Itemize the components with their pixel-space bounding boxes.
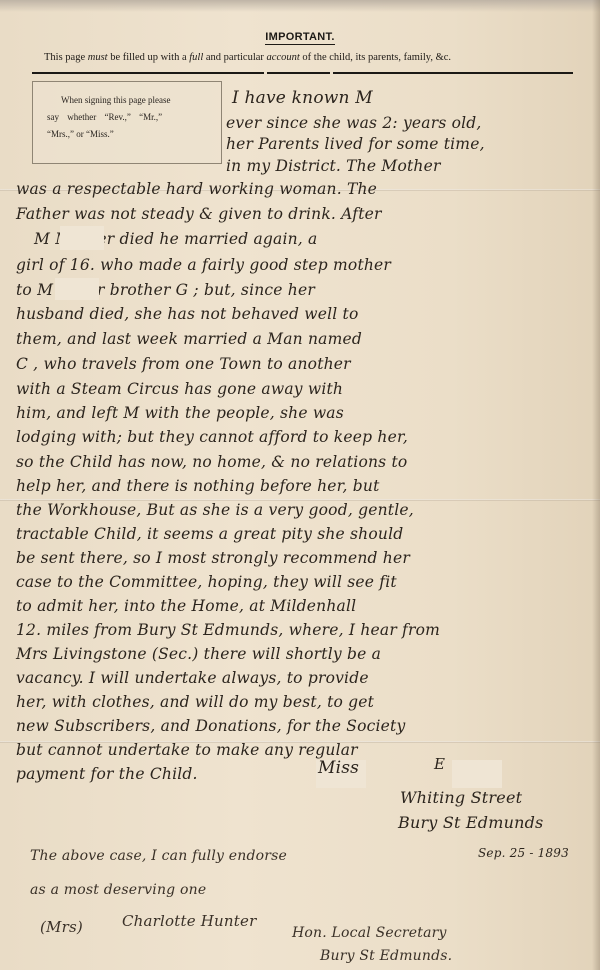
handwritten-line: C , who travels from one Town to another bbox=[16, 355, 351, 373]
handwritten-line: payment for the Child. bbox=[16, 765, 198, 783]
header-rule bbox=[32, 72, 264, 74]
signature-initial: E bbox=[434, 755, 445, 773]
instruction-text: This page bbox=[44, 52, 88, 63]
printed-title: IMPORTANT. bbox=[0, 31, 600, 43]
handwritten-line: 12. miles from Bury St Edmunds, where, I… bbox=[16, 621, 440, 639]
handwritten-line: the Workhouse, But as she is a very good… bbox=[16, 501, 414, 519]
signing-box-line: “Mrs.,” or “Miss.” bbox=[47, 126, 213, 143]
endorser-name: Charlotte Hunter bbox=[122, 912, 256, 930]
handwritten-line: I have known M bbox=[232, 88, 373, 108]
handwritten-line: help her, and there is nothing before he… bbox=[16, 477, 380, 495]
handwritten-line: girl of 16. who made a fairly good step … bbox=[16, 256, 391, 274]
printed-instruction: This page must be filled up with a full … bbox=[44, 52, 564, 63]
handwritten-line: Mrs Livingstone (Sec.) there will shortl… bbox=[16, 645, 381, 663]
signature-title: Miss bbox=[318, 758, 359, 778]
signing-box-line: When signing this page please bbox=[47, 92, 213, 109]
redacted-name bbox=[60, 226, 104, 250]
redacted-name bbox=[452, 760, 502, 788]
handwritten-line: was a respectable hard working woman. Th… bbox=[16, 180, 377, 198]
handwritten-line: be sent there, so I most strongly recomm… bbox=[16, 549, 410, 567]
handwritten-line: lodging with; but they cannot afford to … bbox=[16, 428, 408, 446]
signature-date: Sep. 25 - 1893 bbox=[478, 846, 569, 860]
handwritten-line: so the Child has now, no home, & no rela… bbox=[16, 453, 407, 471]
instruction-text: of the child, its parents, family, &c. bbox=[300, 52, 451, 63]
header-rule bbox=[333, 72, 573, 74]
title-text: IMPORTANT. bbox=[265, 31, 334, 45]
handwritten-line: new Subscribers, and Donations, for the … bbox=[16, 717, 405, 735]
redacted-name bbox=[55, 278, 99, 300]
header-rule bbox=[267, 72, 330, 74]
handwritten-line: with a Steam Circus has gone away with bbox=[16, 380, 343, 398]
handwritten-line: Father was not steady & given to drink. … bbox=[16, 205, 382, 223]
endorser-role: Hon. Local Secretary bbox=[292, 925, 447, 941]
handwritten-line: her, with clothes, and will do my best, … bbox=[16, 693, 374, 711]
handwritten-line: him, and left M with the people, she was bbox=[16, 404, 344, 422]
instruction-text: and particular bbox=[203, 52, 266, 63]
endorser-place: Bury St Edmunds. bbox=[320, 948, 452, 964]
handwritten-line: tractable Child, it seems a great pity s… bbox=[16, 525, 403, 543]
endorser-title: (Mrs) bbox=[40, 918, 83, 936]
handwritten-line: her Parents lived for some time, bbox=[226, 135, 485, 153]
instruction-emphasis: account bbox=[267, 52, 300, 63]
handwritten-line: vacancy. I will undertake always, to pro… bbox=[16, 669, 369, 687]
endorsement-line: The above case, I can fully endorse bbox=[30, 848, 287, 864]
handwritten-line: husband died, she has not behaved well t… bbox=[16, 305, 359, 323]
handwritten-line: but cannot undertake to make any regular bbox=[16, 741, 358, 759]
handwritten-line: them, and last week married a Man named bbox=[16, 330, 362, 348]
handwritten-line: in my District. The Mother bbox=[226, 157, 441, 175]
signing-box-line: say whether “Rev.,” “Mr.,” bbox=[47, 109, 213, 126]
instruction-emphasis: must bbox=[88, 52, 108, 63]
signing-instructions-box: When signing this page please say whethe… bbox=[32, 81, 222, 164]
document-page: IMPORTANT. This page must be filled up w… bbox=[0, 0, 600, 970]
handwritten-line: case to the Committee, hoping, they will… bbox=[16, 573, 397, 591]
handwritten-line: to admit her, into the Home, at Mildenha… bbox=[16, 597, 356, 615]
handwritten-line: ever since she was 2: years old, bbox=[226, 114, 482, 132]
signature-address-line1: Whiting Street bbox=[400, 788, 522, 807]
endorsement-line: as a most deserving one bbox=[30, 882, 206, 898]
signature-address-line2: Bury St Edmunds bbox=[398, 813, 543, 832]
instruction-emphasis: full bbox=[189, 52, 203, 63]
instruction-text: be filled up with a bbox=[108, 52, 190, 63]
